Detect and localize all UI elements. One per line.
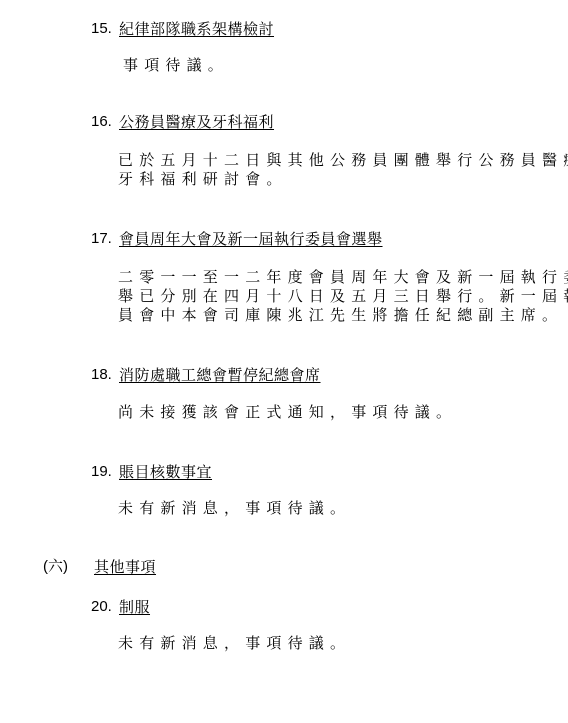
item-title: 消防處職工總會暫停紀總會席 (119, 366, 321, 384)
item-title: 紀律部隊職系架構檢討 (119, 20, 274, 38)
item-number: 15. (91, 20, 112, 38)
body-line: 尚未接獲該會正式通知，事項待議。 (118, 403, 457, 422)
body-line: 未有新消息，事項待議。 (118, 499, 351, 518)
body-line: 未有新消息，事項待議。 (118, 634, 351, 653)
body-line: 二零一一至一二年度會員周年大會及新一屆執行委員會選 (118, 268, 568, 287)
item-title: 公務員醫療及牙科福利 (119, 113, 274, 131)
item-number: 19. (91, 463, 112, 481)
body-line: 事項待議。 (123, 56, 229, 75)
item-number: 20. (91, 598, 112, 616)
item-number: 16. (91, 113, 112, 131)
section-number: (六) (43, 558, 68, 576)
item-body: 已於五月十二日與其他公務員團體舉行公務員醫療及 牙科福利研討會。 (118, 151, 568, 189)
item-title: 制服 (119, 598, 150, 616)
item-title: 賬目核數事宜 (119, 463, 212, 481)
item-body: 事項待議。 (123, 56, 229, 75)
item-number: 18. (91, 366, 112, 384)
body-line: 牙科福利研討會。 (118, 170, 568, 189)
body-line: 員會中本會司庫陳兆江先生將擔任紀總副主席。 (118, 306, 568, 325)
section-title: 其他事項 (94, 558, 156, 576)
body-line: 已於五月十二日與其他公務員團體舉行公務員醫療及 (118, 151, 568, 170)
item-body: 未有新消息，事項待議。 (118, 634, 351, 653)
item-body: 二零一一至一二年度會員周年大會及新一屆執行委員會選 舉已分別在四月十八日及五月三… (118, 268, 568, 325)
item-body: 未有新消息，事項待議。 (118, 499, 351, 518)
body-line: 舉已分別在四月十八日及五月三日舉行。新一屆執行委 (118, 287, 568, 306)
item-body: 尚未接獲該會正式通知，事項待議。 (118, 403, 457, 422)
item-number: 17. (91, 230, 112, 248)
item-title: 會員周年大會及新一屆執行委員會選舉 (119, 230, 383, 248)
